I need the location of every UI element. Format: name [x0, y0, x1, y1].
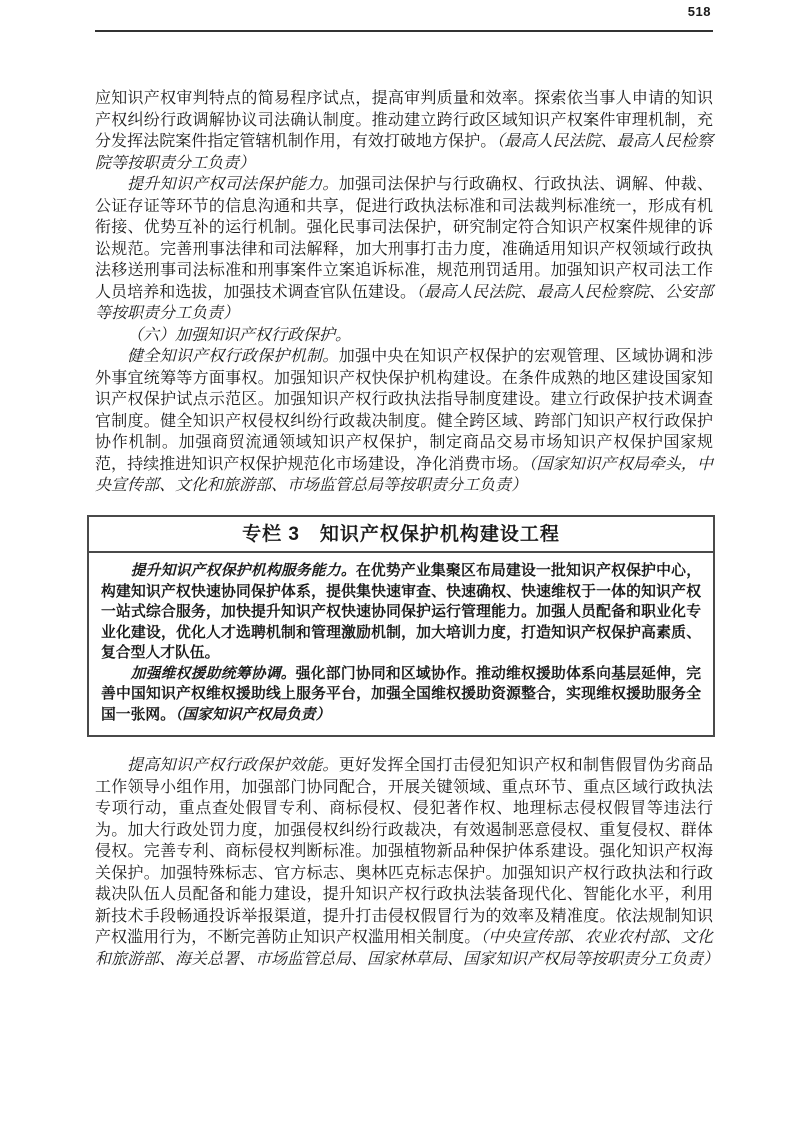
text-segment-kai: 提高知识产权行政保护效能。	[127, 757, 339, 774]
feature-box-body: 提升知识产权保护机构服务能力。在优势产业集聚区布局建设一批知识产权保护中心，构建…	[89, 553, 713, 735]
page-number: 518	[688, 4, 711, 19]
text-segment-kai: （国家知识产权局负责）	[175, 707, 330, 723]
paragraph: 健全知识产权行政保护机制。加强中央在知识产权保护的宏观管理、区域协调和涉外事宜统…	[95, 346, 713, 497]
text-segment-song: 更好发挥全国打击侵犯知识产权和制售假冒伪劣商品工作领导小组作用，加强部门协同配合…	[95, 757, 713, 946]
text-segment-kai: 健全知识产权行政保护机制。	[127, 348, 339, 365]
text-segment-song: 加强司法保护与行政确权、行政执法、调解、仲裁、公证存证等环节的信息沟通和共享，促…	[95, 176, 713, 301]
feature-box-title: 专栏 3 知识产权保护机构建设工程	[89, 517, 713, 554]
paragraph: 提高知识产权行政保护效能。更好发挥全国打击侵犯知识产权和制售假冒伪劣商品工作领导…	[95, 755, 713, 970]
paragraph: （六）加强知识产权行政保护。	[95, 325, 713, 347]
text-segment-song: 加强中央在知识产权保护的宏观管理、区域协调和涉外事宜统筹等方面事权。加强知识产权…	[95, 348, 713, 473]
document-body: 应知识产权审判特点的简易程序试点，提高审判质量和效率。探索依当事人申请的知识产权…	[95, 88, 713, 970]
document-page: 518 应知识产权审判特点的简易程序试点，提高审判质量和效率。探索依当事人申请的…	[0, 0, 793, 1122]
text-segment-kai: （六）加强知识产权行政保护。	[127, 327, 351, 344]
text-segment-kai: 提升知识产权司法保护能力。	[127, 176, 339, 193]
text-segment-kai: 加强维权援助统筹协调。	[131, 666, 296, 682]
paragraph: 应知识产权审判特点的简易程序试点，提高审判质量和效率。探索依当事人申请的知识产权…	[95, 88, 713, 174]
paragraph-box: 加强维权援助统筹协调。强化部门协同和区域协作。推动维权援助体系向基层延伸，完善中…	[101, 664, 701, 726]
paragraph-box: 提升知识产权保护机构服务能力。在优势产业集聚区布局建设一批知识产权保护中心，构建…	[101, 561, 701, 664]
feature-box: 专栏 3 知识产权保护机构建设工程提升知识产权保护机构服务能力。在优势产业集聚区…	[87, 515, 715, 738]
header-rule	[95, 30, 713, 32]
text-segment-kai: 提升知识产权保护机构服务能力。	[131, 563, 356, 579]
paragraph: 提升知识产权司法保护能力。加强司法保护与行政确权、行政执法、调解、仲裁、公证存证…	[95, 174, 713, 325]
